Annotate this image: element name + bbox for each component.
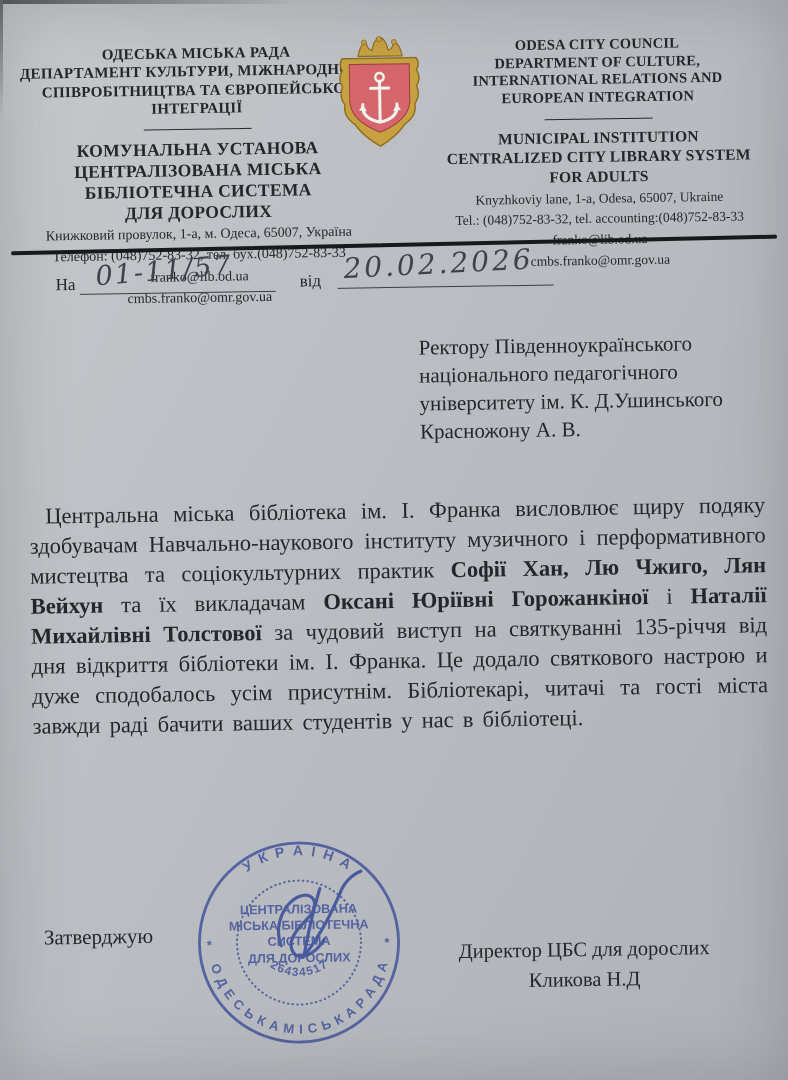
dashed-divider: ------------------------------------: [421, 108, 775, 128]
approval-label: Затверджую: [44, 924, 154, 951]
address-line-en: Knyzhkoviy lane, 1-a, Odesa, 65007, Ukra…: [422, 187, 776, 210]
stamp-star: *: [384, 935, 390, 950]
addressee-line: університету ім. К. Д.Ушинського: [419, 384, 769, 417]
stamp-center-line: ДЛЯ ДОРОСЛИХ: [248, 950, 351, 966]
signature-block: Директор ЦБС для дорослих Кликова Н.Д: [400, 932, 769, 998]
scanned-letter: ОДЕСЬКА МІСЬКА РАДА ДЕПАРТАМЕНТ КУЛЬТУРИ…: [0, 0, 788, 1080]
stamp-star: *: [207, 938, 213, 953]
addressee-line: Красножону А. В.: [420, 412, 770, 445]
odesa-coat-of-arms-icon: [328, 35, 432, 155]
stamp-center-line: МІСЬКА БІБЛІОТЕЧНА: [229, 917, 369, 933]
ref-number-label: На: [55, 275, 75, 295]
stamp-center-line: ЦЕНТРАЛІЗОВАНА: [240, 902, 357, 918]
dashed-divider: ------------------------------------: [11, 118, 383, 138]
svg-text:У К Р А Ї Н А: У К Р А Ї Н А: [239, 841, 356, 875]
reference-line: На 01-11/57 від 20.02.2026: [55, 253, 616, 308]
phone-line-en: Tel.: (048)752-83-32, tel. accounting:(0…: [423, 207, 777, 230]
ref-date-label: від: [299, 271, 321, 291]
ref-date-underline: [338, 284, 554, 288]
letter-body: Центральна міська бібліотека ім. І. Фран…: [29, 490, 769, 742]
stamp-country-text: У К Р А Ї Н А: [239, 841, 356, 875]
addressee-block: Ректору Південноукраїнського національно…: [418, 328, 770, 445]
director-name: Кликова Н.Д: [400, 962, 768, 998]
library-round-stamp: У К Р А Ї Н А О Д Е С Ь К А М І С Ь К А …: [189, 833, 408, 1052]
ref-number-underline: [80, 291, 276, 295]
institution-line-uk: ДЛЯ ДОРОСЛИХ: [12, 199, 384, 226]
